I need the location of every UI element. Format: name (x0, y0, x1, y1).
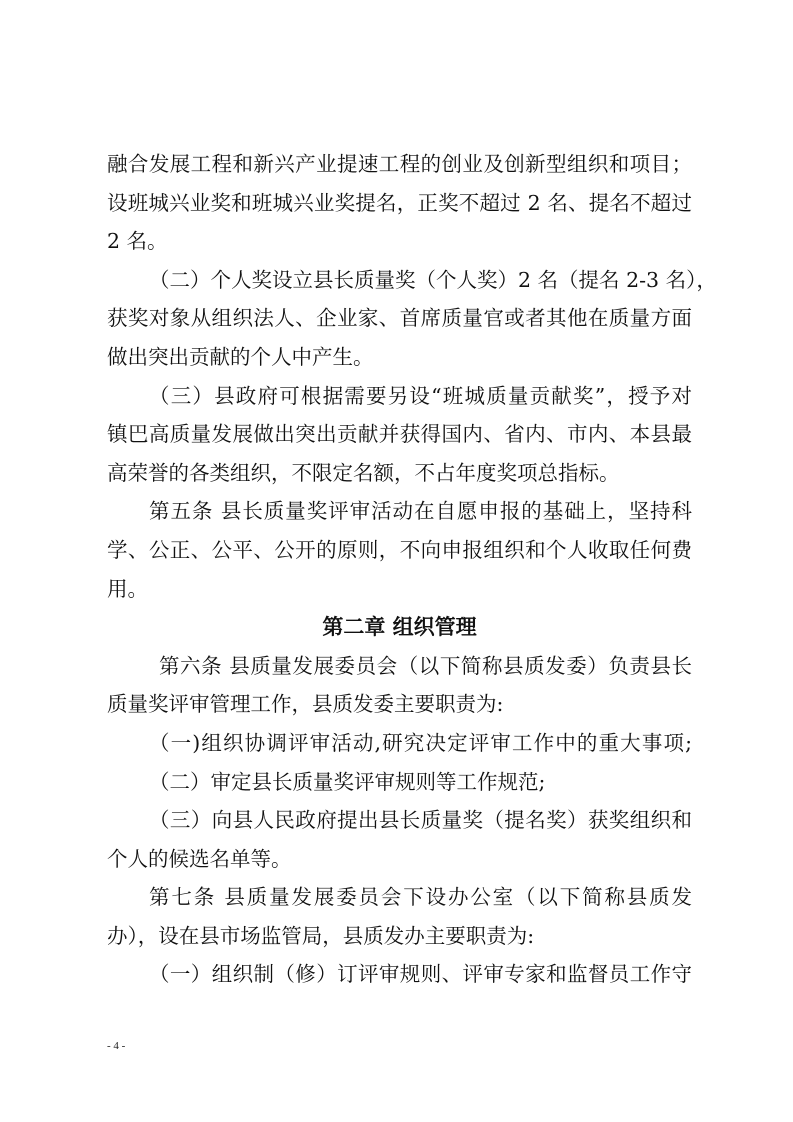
text-line: （三）县政府可根据需要另设“班城质量贡献奖”，授予对 (107, 377, 692, 416)
text-line: 融合发展工程和新兴产业提速工程的创业及创新型组织和项目； (107, 145, 692, 184)
text-line: 质量奖评审管理工作，县质发委主要职责为: (107, 685, 692, 724)
text-line: 镇巴高质量发展做出突出贡献并获得国内、省内、市内、本县最 (107, 415, 692, 454)
text-line: 个人的候选名单等。 (107, 840, 692, 879)
page-number: - 4 - (107, 1040, 125, 1052)
text-line: 第五条 县长质量奖评审活动在自愿申报的基础上，坚持科 (107, 492, 692, 531)
text-line: 做出突出贡献的个人中产生。 (107, 338, 692, 377)
text-line: 办），设在县市场监管局，县质发办主要职责为: (107, 917, 692, 956)
text-line: （三）向县人民政府提出县长质量奖（提名奖）获奖组织和 (107, 801, 692, 840)
text-line: （二）审定县长质量奖评审规则等工作规范; (107, 763, 692, 802)
chapter-heading: 第二章 组织管理 (107, 608, 692, 647)
text-line: 第七条 县质量发展委员会下设办公室（以下简称县质发 (107, 878, 692, 917)
document-page: 融合发展工程和新兴产业提速工程的创业及创新型组织和项目； 设班城兴业奖和班城兴业… (107, 145, 692, 994)
text-line: 第六条 县质量发展委员会（以下简称县质发委）负责县长 (107, 647, 692, 686)
text-line: 2 名。 (107, 222, 692, 261)
text-line: 学、公正、公平、公开的原则，不向申报组织和个人收取任何费 (107, 531, 692, 570)
text-line: 高荣誉的各类组织，不限定名额，不占年度奖项总指标。 (107, 454, 692, 493)
text-line: （一）组织制（修）订评审规则、评审专家和监督员工作守 (107, 955, 692, 994)
text-line: 获奖对象从组织法人、企业家、首席质量官或者其他在质量方面 (107, 299, 692, 338)
text-line: 设班城兴业奖和班城兴业奖提名，正奖不超过 2 名、提名不超过 (107, 184, 692, 223)
text-line: （二）个人奖设立县长质量奖（个人奖）2 名（提名 2-3 名）， (107, 261, 692, 300)
text-line: 用。 (107, 570, 692, 609)
text-line: （一)组织协调评审活动,研究决定评审工作中的重大事项; (107, 724, 692, 763)
